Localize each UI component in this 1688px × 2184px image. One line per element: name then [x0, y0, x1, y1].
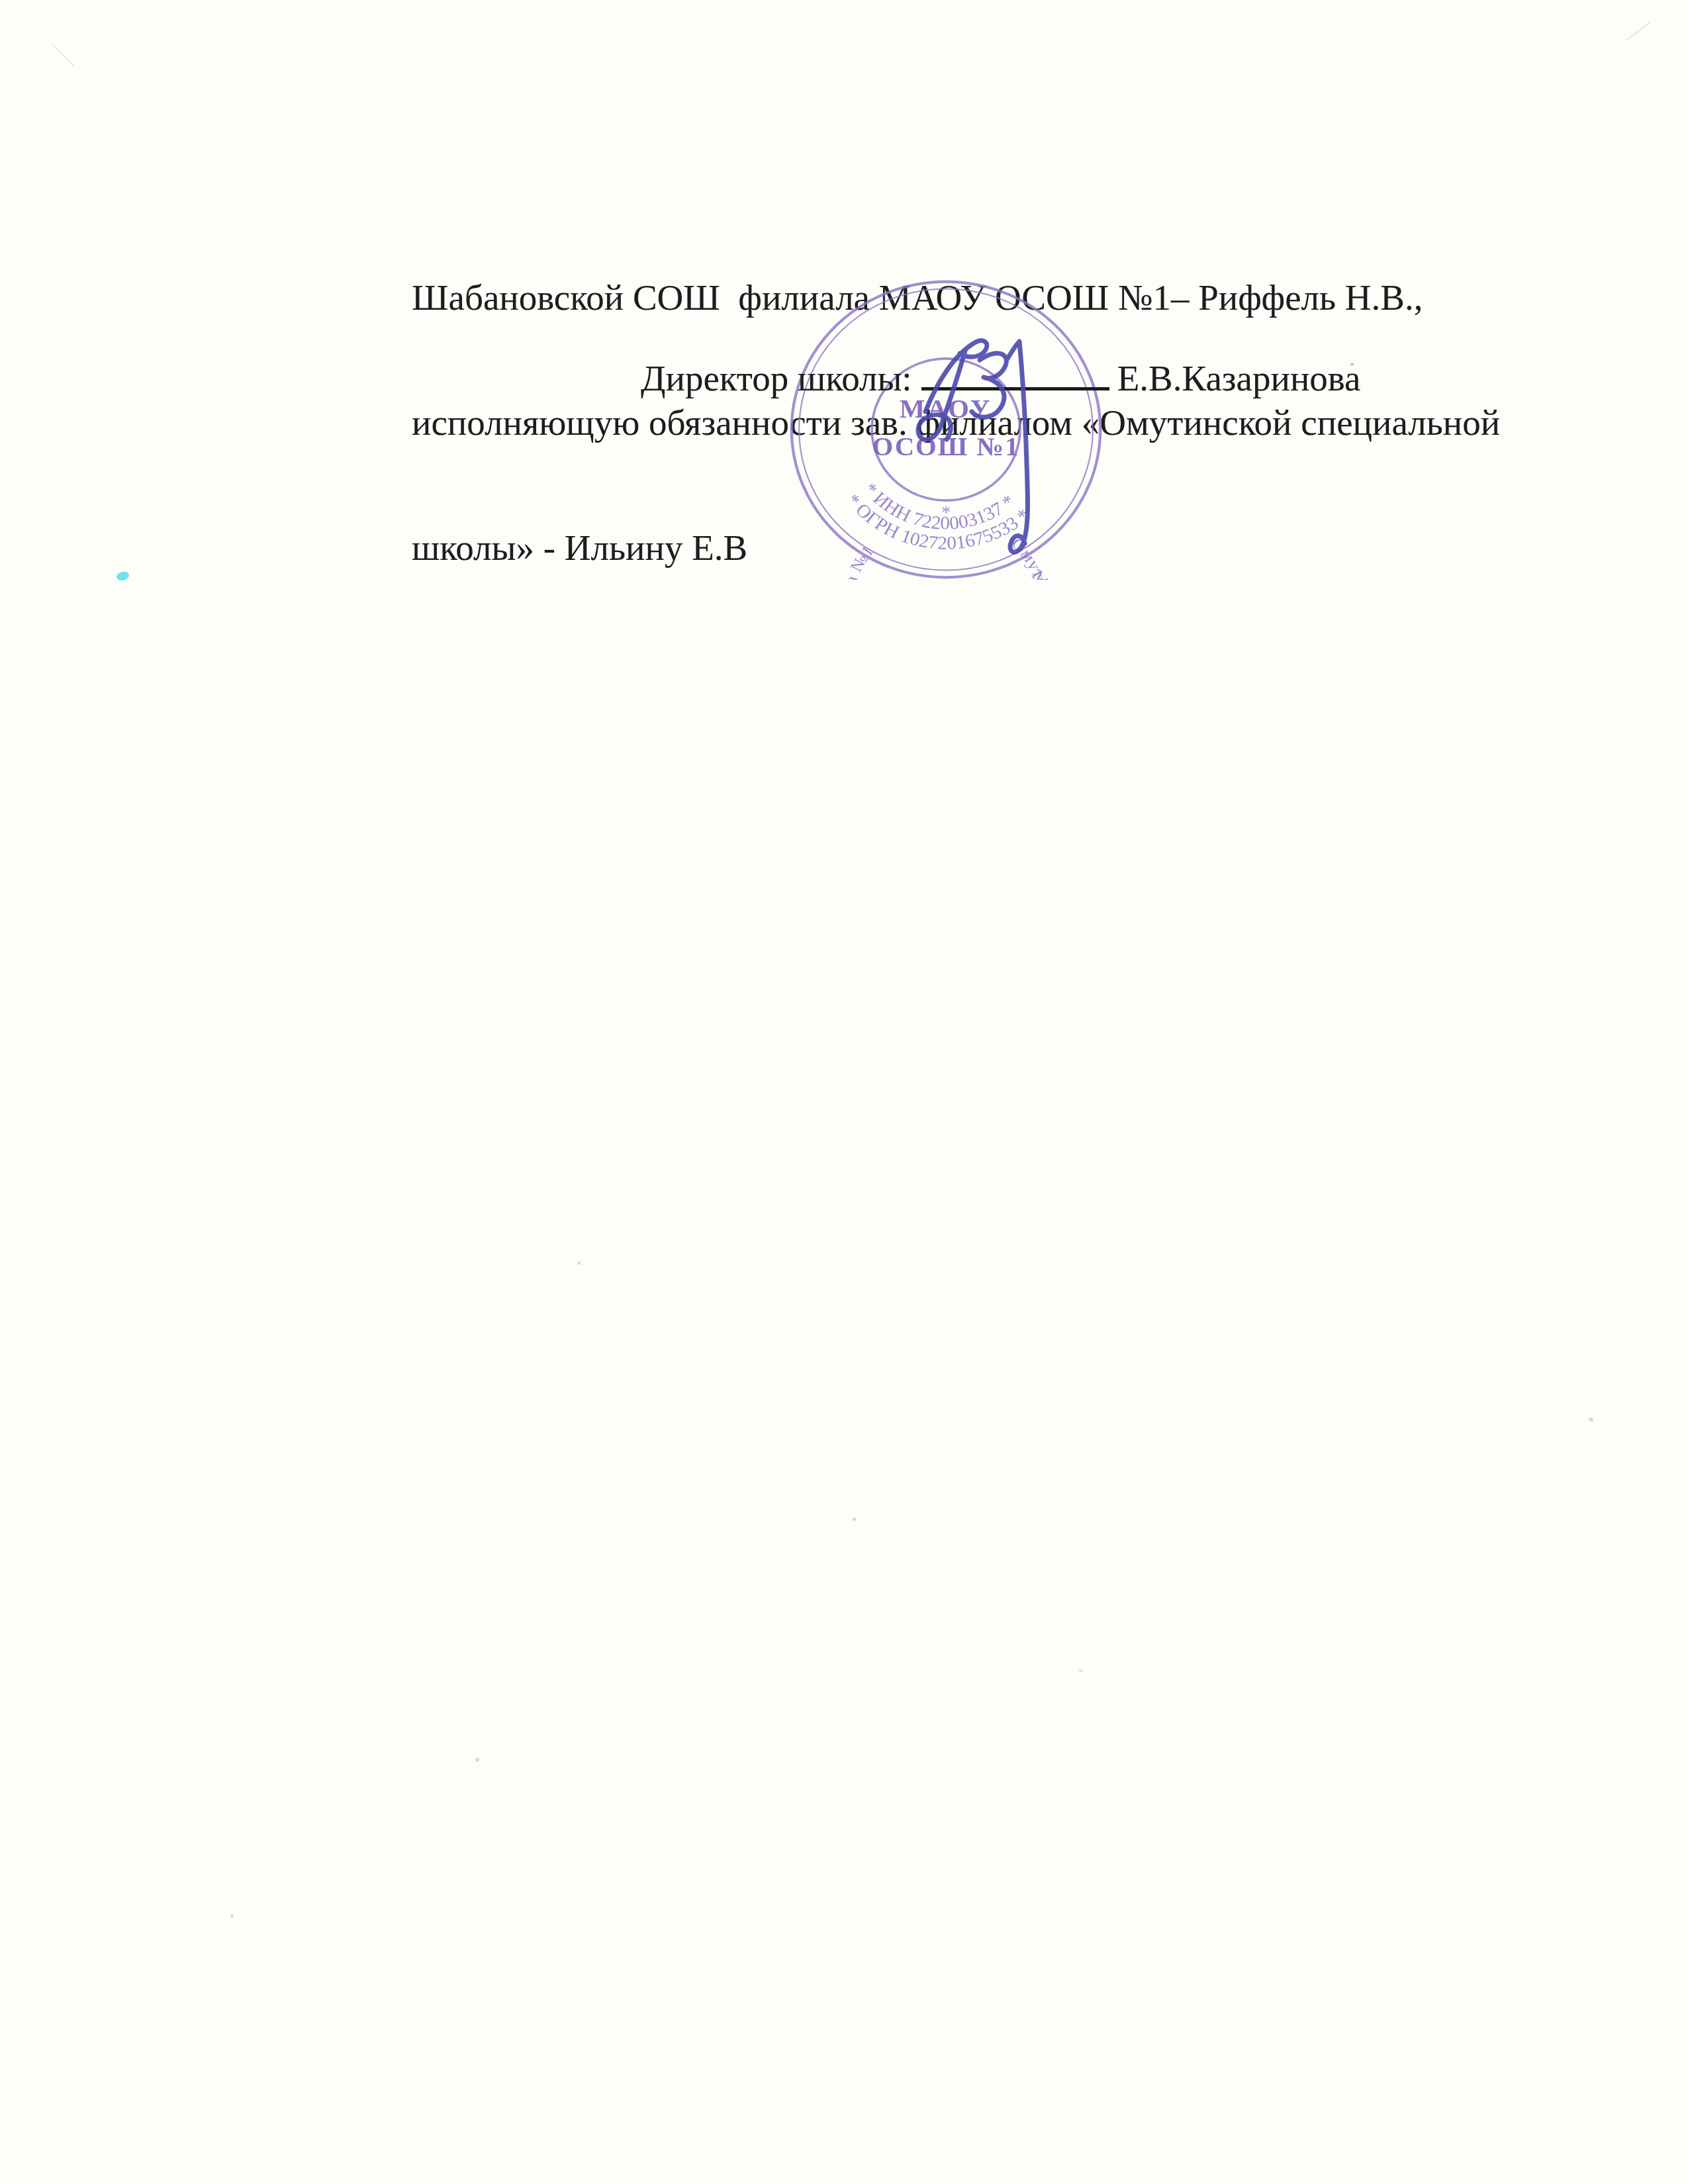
scanned-document-page: Шабановской СОШ филиала МАОУ ОСОШ №1– Ри… — [0, 0, 1688, 2184]
signature-strokes — [918, 341, 1028, 552]
signature-stroke-z — [972, 353, 1006, 417]
signature-stroke-descender — [1008, 341, 1028, 552]
scan-speck — [577, 1261, 581, 1265]
scan-speck — [1589, 1418, 1593, 1422]
scan-speck — [853, 1518, 856, 1521]
director-name: Е.В.Казаринова — [1117, 357, 1361, 399]
scan-speck — [1079, 1669, 1082, 1672]
scan-corner-artifact — [1626, 21, 1650, 41]
scan-corner-artifact — [52, 44, 74, 66]
director-label: Директор школы: — [641, 357, 912, 399]
handwritten-signature — [880, 318, 1099, 569]
scan-speck — [230, 1914, 234, 1917]
scan-speck — [475, 1758, 479, 1762]
scan-speck-cyan — [116, 570, 130, 582]
signature-stroke-loop — [918, 351, 965, 439]
